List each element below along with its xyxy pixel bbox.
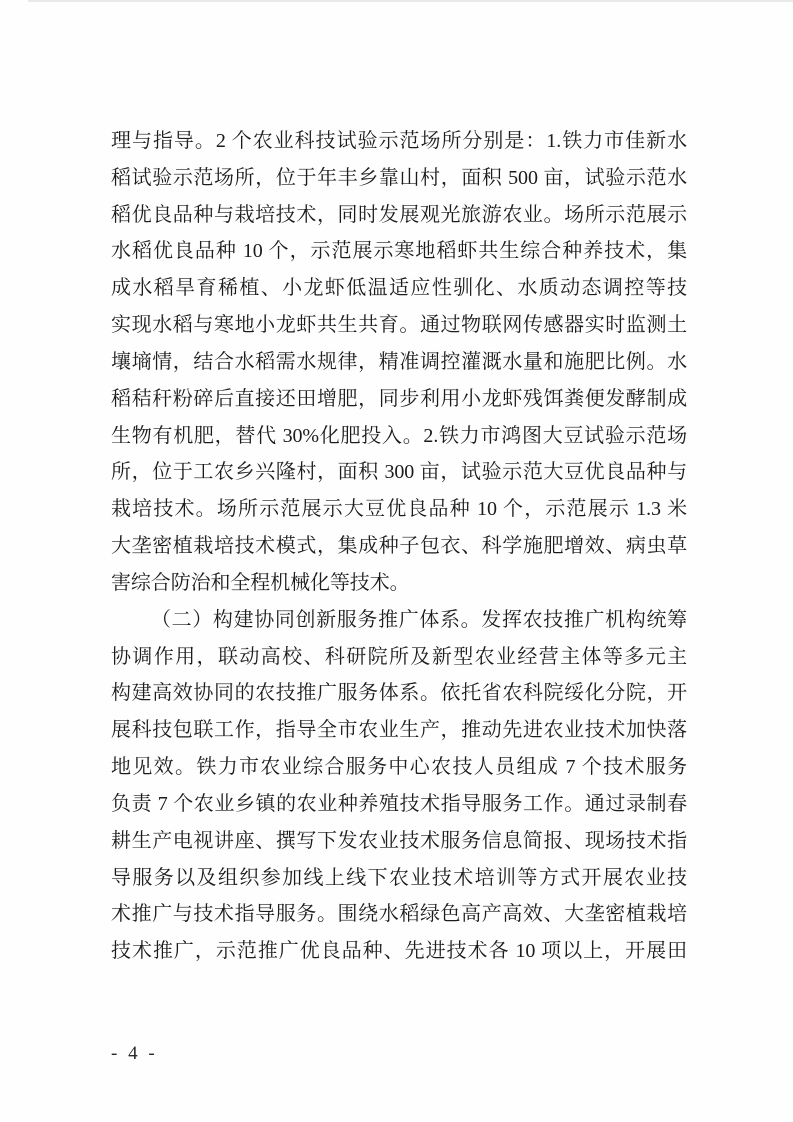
text-line: 稻试验示范场所，位于年丰乡靠山村，面积 500 亩，试验示范水 — [111, 160, 687, 197]
text-line: 展科技包联工作，指导全市农业生产，推动先进农业技术加快落 — [111, 712, 687, 749]
text-line: 耕生产电视讲座、撰写下发农业技术服务信息简报、现场技术指 — [111, 823, 687, 860]
text-line: 实现水稻与寒地小龙虾共生共育。通过物联网传感器实时监测土 — [111, 307, 687, 344]
text-line: 协调作用，联动高校、科研院所及新型农业经营主体等多元主体， — [111, 639, 687, 676]
paragraph-1: 理与指导。2 个农业科技试验示范场所分别是：1.铁力市佳新水 稻试验示范场所，位… — [111, 123, 687, 602]
text-line: 大垄密植栽培技术模式，集成种子包衣、科学施肥增效、病虫草 — [111, 528, 687, 565]
text-line: 生物有机肥，替代 30%化肥投入。2.铁力市鸿图大豆试验示范场 — [111, 418, 687, 455]
text-line: 栽培技术。场所示范展示大豆优良品种 10 个，示范展示 1.3 米 — [111, 491, 687, 528]
text-line: 负责 7 个农业乡镇的农业种养殖技术指导服务工作。通过录制春 — [111, 786, 687, 823]
text-line: 水稻优良品种 10 个，示范展示寒地稻虾共生综合种养技术，集 — [111, 233, 687, 270]
text-line: 构建高效协同的农技推广服务体系。依托省农科院绥化分院，开 — [111, 675, 687, 712]
document-page: 理与指导。2 个农业科技试验示范场所分别是：1.铁力市佳新水 稻试验示范场所，位… — [0, 0, 793, 1122]
text-line: 壤墒情，结合水稻需水规律，精准调控灌溉水量和施肥比例。水 — [111, 344, 687, 381]
text-line: 稻优良品种与栽培技术，同时发展观光旅游农业。场所示范展示 — [111, 197, 687, 234]
paragraph-2: （二）构建协同创新服务推广体系。发挥农技推广机构统筹 协调作用，联动高校、科研院… — [111, 602, 687, 970]
text-line: 理与指导。2 个农业科技试验示范场所分别是：1.铁力市佳新水 — [111, 123, 687, 160]
text-line: 成水稻旱育稀植、小龙虾低温适应性驯化、水质动态调控等技术， — [111, 270, 687, 307]
text-line: （二）构建协同创新服务推广体系。发挥农技推广机构统筹 — [111, 602, 687, 639]
text-line: 稻秸秆粉碎后直接还田增肥，同步利用小龙虾残饵粪便发酵制成 — [111, 381, 687, 418]
page-number: - 4 - — [111, 1043, 158, 1065]
scan-artifact-line — [28, 0, 793, 2]
text-line: 术推广与技术指导服务。围绕水稻绿色高产高效、大垄密植栽培 — [111, 896, 687, 933]
text-line: 技术推广，示范推广优良品种、先进技术各 10 项以上，开展田 — [111, 933, 687, 970]
text-line: 所，位于工农乡兴隆村，面积 300 亩，试验示范大豆优良品种与 — [111, 454, 687, 491]
text-line: 导服务以及组织参加线上线下农业技术培训等方式开展农业技 — [111, 860, 687, 897]
text-line: 害综合防治和全程机械化等技术。 — [111, 565, 687, 602]
document-body: 理与指导。2 个农业科技试验示范场所分别是：1.铁力市佳新水 稻试验示范场所，位… — [111, 123, 687, 970]
text-line: 地见效。铁力市农业综合服务中心农技人员组成 7 个技术服务组， — [111, 749, 687, 786]
